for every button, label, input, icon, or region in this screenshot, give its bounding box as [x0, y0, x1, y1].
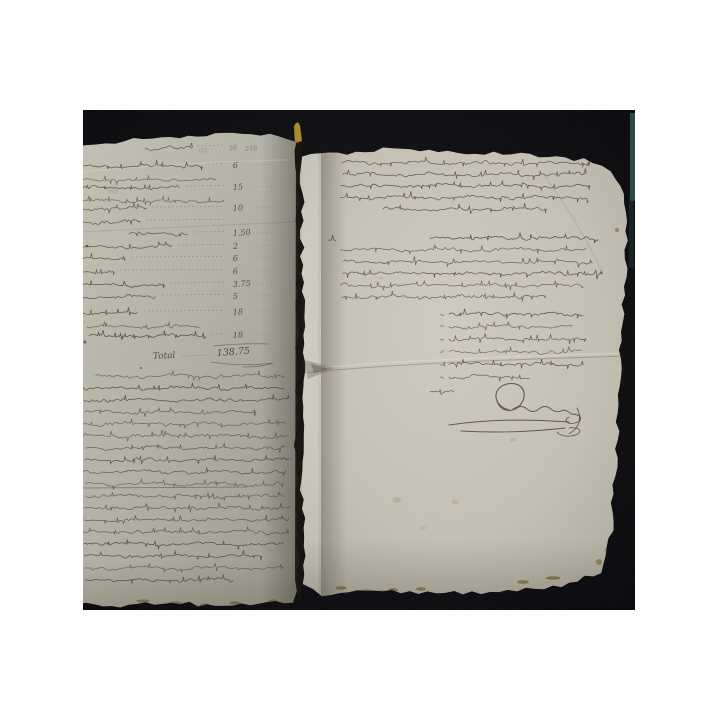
manuscript-photo: 36248615101.502663.7551818 Total 138.75	[83, 110, 635, 610]
manuscript-svg: 36248615101.502663.7551818 Total 138.75	[83, 110, 635, 610]
photo-grain	[83, 110, 635, 610]
photo-mat: 36248615101.502663.7551818 Total 138.75	[0, 0, 720, 720]
